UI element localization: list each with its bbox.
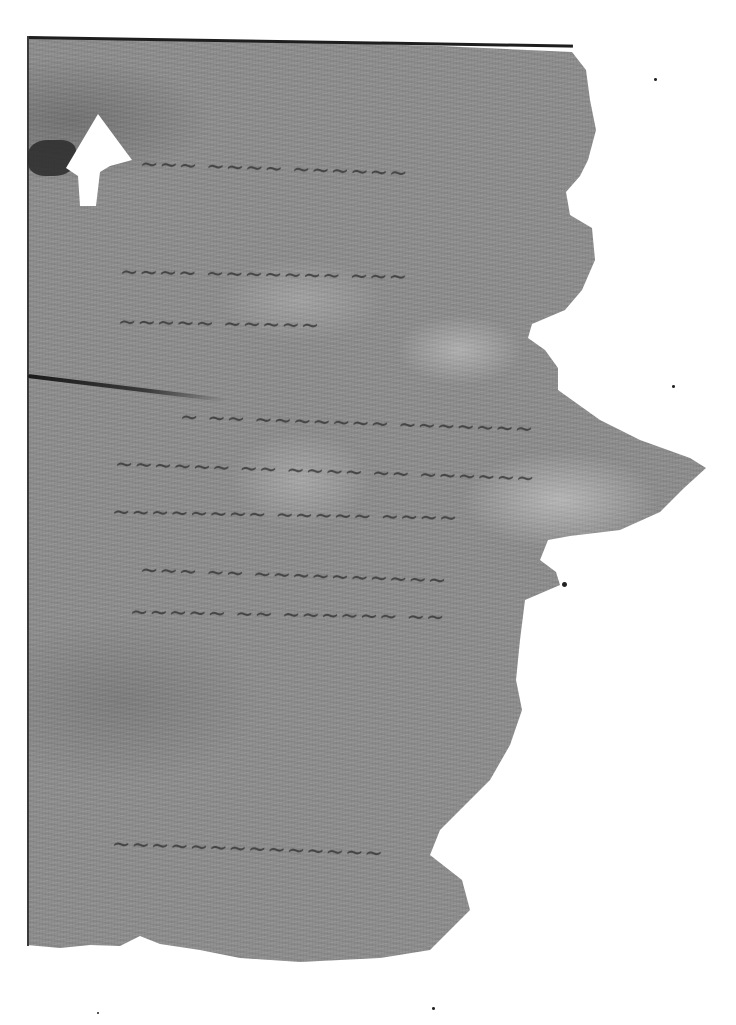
dust-speck	[97, 1012, 99, 1014]
stain-mark	[28, 140, 76, 176]
paper-left-edge	[27, 36, 29, 946]
dust-speck	[432, 1007, 435, 1010]
dust-speck	[654, 78, 657, 81]
handwriting-line-3: ~~~~~ ~~~~~	[118, 310, 321, 339]
scan-background: ~~~ ~~~~ ~~~~~~ ~~~~ ~~~~~~~ ~~~ ~~~~~ ~…	[0, 0, 736, 1025]
handwriting-line-2: ~~~~ ~~~~~~~ ~~~	[120, 260, 408, 290]
dust-speck	[562, 582, 567, 587]
dust-speck	[672, 385, 675, 388]
